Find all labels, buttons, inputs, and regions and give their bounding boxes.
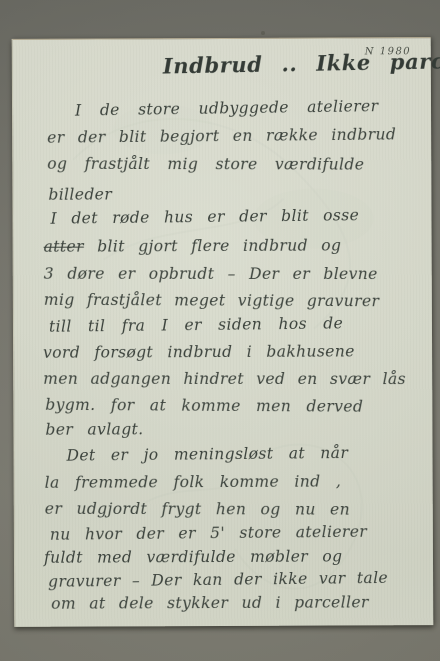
handwritten-line: men adgangen hindret ved en svær lås — [43, 370, 406, 388]
handwritten-line: er udgjordt frygt hen og nu en — [45, 500, 350, 519]
handwritten-line: er der blit begjort en række indbrud — [47, 125, 396, 146]
handwritten-line: om at dele stykker ud i parceller — [51, 593, 369, 612]
handwritten-line: nu hvor der er 5' store atelierer — [50, 523, 367, 544]
line-text: blit gjort flere indbrud og — [84, 236, 341, 255]
handwritten-line: billeder — [48, 185, 112, 203]
letter-paper: N 1980 Indbrud .. Ikke parcells I de sto… — [12, 37, 434, 627]
handwritten-line: atter blit gjort flere indbrud og — [44, 236, 342, 255]
backdrop-speck — [261, 31, 265, 35]
handwritten-line: till til fra I er siden hos de — [49, 314, 343, 335]
handwritten-line: mig frastjålet meget vigtige gravurer — [44, 291, 380, 310]
struck-word: atter — [44, 238, 84, 256]
handwritten-line: 3 døre er opbrudt – Der er blevne — [44, 265, 378, 283]
handwritten-line: Det er jo meningsløst at når — [66, 444, 348, 465]
handwritten-line: ber avlagt. — [45, 420, 143, 438]
handwritten-line: la fremmede folk komme ind , — [45, 472, 342, 491]
handwritten-line: gravurer – Der kan der ikke var tale — [48, 569, 388, 591]
handwritten-line: bygm. for at komme men derved — [45, 396, 363, 416]
handwritten-line: og frastjålt mig store værdifulde — [47, 155, 364, 174]
handwritten-line: fuldt med værdifulde møbler og — [44, 547, 343, 566]
handwritten-line: I det røde hus er der blit osse — [50, 206, 359, 228]
photo-backdrop: N 1980 Indbrud .. Ikke parcells I de sto… — [0, 0, 440, 661]
handwritten-line: vord forsøgt indbrud i bakhusene — [43, 342, 355, 361]
letter-heading: Indbrud .. Ikke parcells — [163, 48, 440, 79]
